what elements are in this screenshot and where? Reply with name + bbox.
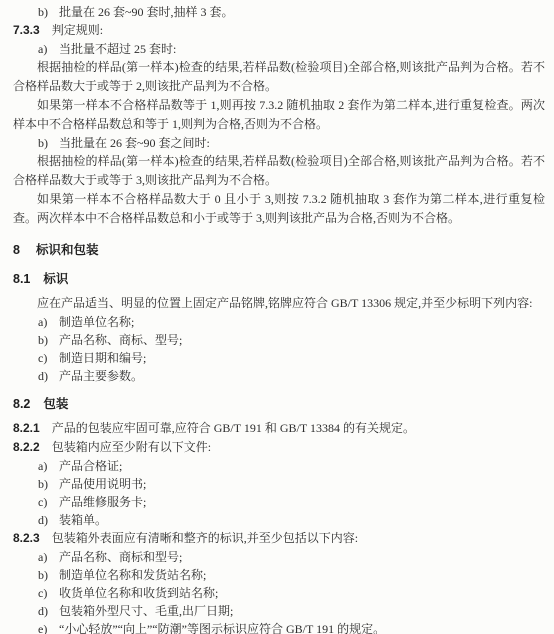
list-item-text: 产品名称、商标、型号; xyxy=(59,331,545,349)
clause-number: 8.2.1 xyxy=(13,419,40,438)
list-item: d)包装箱外型尺寸、毛重,出厂日期; xyxy=(38,602,545,620)
list-item-label: a) xyxy=(38,548,59,566)
paragraph: 根据抽检的样品(第一样本)检查的结果,若样品数(检验项目)全部合格,则该批产品判… xyxy=(13,58,545,96)
subsection-heading: 8.2包装 xyxy=(13,395,545,414)
heading-title: 标识和包装 xyxy=(36,243,99,257)
list-item-text: 产品主要参数。 xyxy=(59,367,545,385)
document-page: b)批量在 26 套~90 套时,抽样 3 套。7.3.3判定规则:a)当批量不… xyxy=(0,0,554,634)
list-item: d)产品主要参数。 xyxy=(38,367,545,385)
list-item-label: b) xyxy=(38,3,59,21)
list-item-text: 制造日期和编号; xyxy=(59,349,545,367)
clause-text: 包装箱外表面应有清晰和整齐的标识,并至少包括以下内容: xyxy=(52,531,358,545)
list-item-text: 产品维修服务卡; xyxy=(59,493,545,511)
list-item-label: b) xyxy=(38,331,59,349)
list-item: c)收货单位名称和收货到站名称; xyxy=(38,584,545,602)
list-item: b)产品使用说明书; xyxy=(38,475,545,493)
list-item-label: c) xyxy=(38,493,59,511)
clause-line: 8.2.2包装箱内应至少附有以下文件: xyxy=(13,438,545,457)
list-item: c)制造日期和编号; xyxy=(38,349,545,367)
list-item: a)制造单位名称; xyxy=(38,313,545,331)
heading-title: 标识 xyxy=(43,272,68,286)
list-item: b)制造单位名称和发货站名称; xyxy=(38,566,545,584)
list-item-text: 当批量在 26 套~90 套之间时: xyxy=(59,134,545,152)
subsection-heading: 8.1标识 xyxy=(13,270,545,289)
paragraph: 根据抽检的样品(第一样本)检查的结果,若样品数(检验项目)全部合格,则该批产品判… xyxy=(13,152,545,190)
list-item-text: “小心轻放”“向上”“防潮”等图示标识应符合 GB/T 191 的规定。 xyxy=(59,620,545,634)
list-item-text: 产品使用说明书; xyxy=(59,475,545,493)
list-item: e)“小心轻放”“向上”“防潮”等图示标识应符合 GB/T 191 的规定。 xyxy=(38,620,545,634)
list-item-label: c) xyxy=(38,584,59,602)
list-item-label: a) xyxy=(38,313,59,331)
list-item-label: d) xyxy=(38,602,59,620)
list-item-label: e) xyxy=(38,620,59,634)
heading-number: 8.2 xyxy=(13,395,30,414)
paragraph: 如果第一样本不合格样品数等于 1,则再按 7.3.2 随机抽取 2 套作为第二样… xyxy=(13,96,545,134)
list-item: c)产品维修服务卡; xyxy=(38,493,545,511)
clause-line: 8.2.1产品的包装应牢固可靠,应符合 GB/T 191 和 GB/T 1338… xyxy=(13,419,545,438)
list-item-text: 当批量不超过 25 套时: xyxy=(59,40,545,58)
clause-line: 7.3.3判定规则: xyxy=(13,21,545,40)
list-item-label: d) xyxy=(38,367,59,385)
list-item: a)当批量不超过 25 套时: xyxy=(38,40,545,58)
list-item-label: b) xyxy=(38,475,59,493)
list-item-text: 产品名称、商标和型号; xyxy=(59,548,545,566)
heading-number: 8.1 xyxy=(13,270,30,289)
list-item-label: c) xyxy=(38,349,59,367)
list-item-label: a) xyxy=(38,457,59,475)
paragraph: 如果第一样本不合格样品数大于 0 且小于 3,则按 7.3.2 随机抽取 3 套… xyxy=(13,190,545,228)
list-item-text: 装箱单。 xyxy=(59,511,545,529)
list-item: b)产品名称、商标、型号; xyxy=(38,331,545,349)
clause-number: 7.3.3 xyxy=(13,21,40,40)
list-item-text: 制造单位名称; xyxy=(59,313,545,331)
section-heading: 8标识和包装 xyxy=(13,241,545,260)
list-item-label: b) xyxy=(38,134,59,152)
list-item-text: 制造单位名称和发货站名称; xyxy=(59,566,545,584)
clause-number: 8.2.3 xyxy=(13,529,40,548)
heading-number: 8 xyxy=(13,241,23,260)
paragraph: 应在产品适当、明显的位置上固定产品铭牌,铭牌应符合 GB/T 13306 规定,… xyxy=(13,294,545,313)
list-item-text: 收货单位名称和收货到站名称; xyxy=(59,584,545,602)
clause-text: 包装箱内应至少附有以下文件: xyxy=(52,440,211,454)
clause-number: 8.2.2 xyxy=(13,438,40,457)
list-item: d)装箱单。 xyxy=(38,511,545,529)
heading-title: 包装 xyxy=(43,397,68,411)
clause-text: 产品的包装应牢固可靠,应符合 GB/T 191 和 GB/T 13384 的有关… xyxy=(52,421,415,435)
list-item-text: 批量在 26 套~90 套时,抽样 3 套。 xyxy=(59,3,545,21)
clause-line: 8.2.3包装箱外表面应有清晰和整齐的标识,并至少包括以下内容: xyxy=(13,529,545,548)
list-item-text: 包装箱外型尺寸、毛重,出厂日期; xyxy=(59,602,545,620)
list-item: b)批量在 26 套~90 套时,抽样 3 套。 xyxy=(38,3,545,21)
clause-text: 判定规则: xyxy=(52,23,103,37)
list-item-label: a) xyxy=(38,40,59,58)
list-item: b)当批量在 26 套~90 套之间时: xyxy=(38,134,545,152)
list-item: a)产品合格证; xyxy=(38,457,545,475)
list-item-label: d) xyxy=(38,511,59,529)
list-item-text: 产品合格证; xyxy=(59,457,545,475)
list-item: a)产品名称、商标和型号; xyxy=(38,548,545,566)
list-item-label: b) xyxy=(38,566,59,584)
document-text-blocks: b)批量在 26 套~90 套时,抽样 3 套。7.3.3判定规则:a)当批量不… xyxy=(13,3,545,634)
